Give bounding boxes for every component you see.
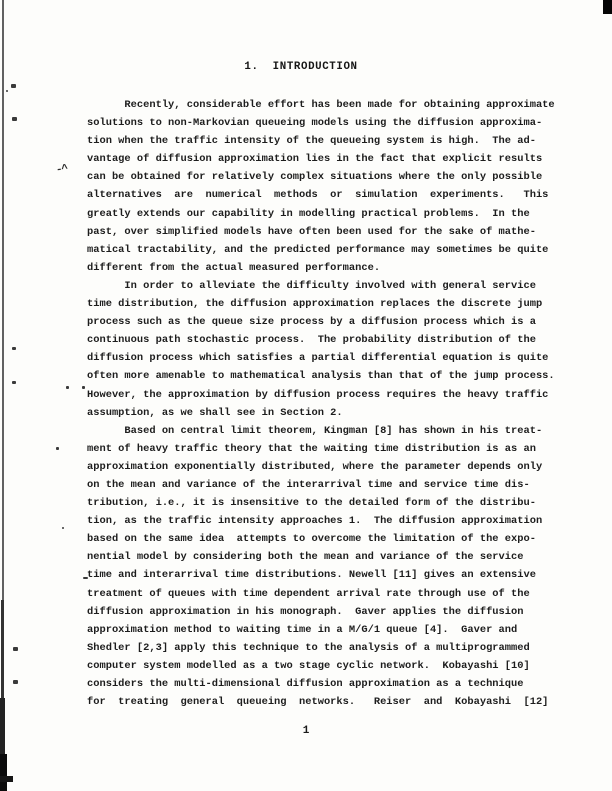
text-line: considers the multi-dimensional diffusio… xyxy=(87,675,557,693)
text-line: past, over simplified models have often … xyxy=(87,223,557,241)
text-line: on the mean and variance of the interarr… xyxy=(87,476,557,494)
text-line: Shedler [2,3] apply this technique to th… xyxy=(87,639,557,657)
text-line: solutions to non-Markovian queueing mode… xyxy=(87,114,557,132)
text-line: can be obtained for relatively complex s… xyxy=(87,168,557,186)
text-line: greatly extends our capability in modell… xyxy=(87,205,557,223)
text-line: ment of heavy traffic theory that the wa… xyxy=(87,440,557,458)
text-line: Recently, considerable effort has been m… xyxy=(87,96,557,114)
ink-speck xyxy=(12,347,16,350)
text-line: nential model by considering both the me… xyxy=(87,548,557,566)
ink-speck xyxy=(62,527,64,529)
text-line: process such as the queue size process b… xyxy=(87,313,557,331)
text-line: for treating general queueing networks. … xyxy=(87,693,557,711)
ink-speck xyxy=(13,647,18,651)
scan-edge-bar xyxy=(0,754,7,791)
handwritten-margin-mark: -^ xyxy=(55,163,67,176)
ink-speck xyxy=(12,117,17,121)
corner-scan-mark xyxy=(603,0,612,14)
ink-speck xyxy=(12,381,16,384)
section-heading: 1. INTRODUCTION xyxy=(0,61,602,73)
text-line: tribution, i.e., it is insensitive to th… xyxy=(87,494,557,512)
scan-edge-line xyxy=(1,600,4,705)
ink-speck xyxy=(82,386,85,389)
text-line: approximation exponentially distributed,… xyxy=(87,458,557,476)
text-line: matical tractability, and the predicted … xyxy=(87,241,557,259)
scan-edge-line xyxy=(2,0,4,620)
text-line: Based on central limit theorem, Kingman … xyxy=(87,422,557,440)
ink-speck xyxy=(6,90,8,92)
text-line: tion, as the traffic intensity approache… xyxy=(87,512,557,530)
text-line: assumption, as we shall see in Section 2… xyxy=(87,404,557,422)
ink-speck xyxy=(66,386,69,389)
ink-speck xyxy=(56,447,59,450)
text-line: alternatives are numerical methods or si… xyxy=(87,186,557,204)
document-page: -^ 1. INTRODUCTION Recently, considerabl… xyxy=(0,0,612,791)
text-line: diffusion process which satisfies a part… xyxy=(87,349,557,367)
text-line: time distribution, the diffusion approxi… xyxy=(87,295,557,313)
scan-edge-blob xyxy=(0,776,13,782)
text-line: vantage of diffusion approximation lies … xyxy=(87,150,557,168)
page-number: 1 xyxy=(0,725,612,737)
text-line: based on the same idea attempts to overc… xyxy=(87,530,557,548)
text-line: time and interarrival time distributions… xyxy=(87,566,557,584)
text-line: In order to alleviate the difficulty inv… xyxy=(87,277,557,295)
text-line: However, the approximation by diffusion … xyxy=(87,386,557,404)
ink-speck xyxy=(13,680,18,684)
text-line: treatment of queues with time dependent … xyxy=(87,585,557,603)
text-line: continuous path stochastic process. The … xyxy=(87,331,557,349)
text-line: different from the actual measured perfo… xyxy=(87,259,557,277)
text-line: approximation method to waiting time in … xyxy=(87,621,557,639)
text-line: often more amenable to mathematical anal… xyxy=(87,367,557,385)
text-line: diffusion approximation in his monograph… xyxy=(87,603,557,621)
text-block: Recently, considerable effort has been m… xyxy=(87,96,557,711)
text-line: tion when the traffic intensity of the q… xyxy=(87,132,557,150)
text-line: computer system modelled as a two stage … xyxy=(87,657,557,675)
ink-speck xyxy=(11,84,16,88)
